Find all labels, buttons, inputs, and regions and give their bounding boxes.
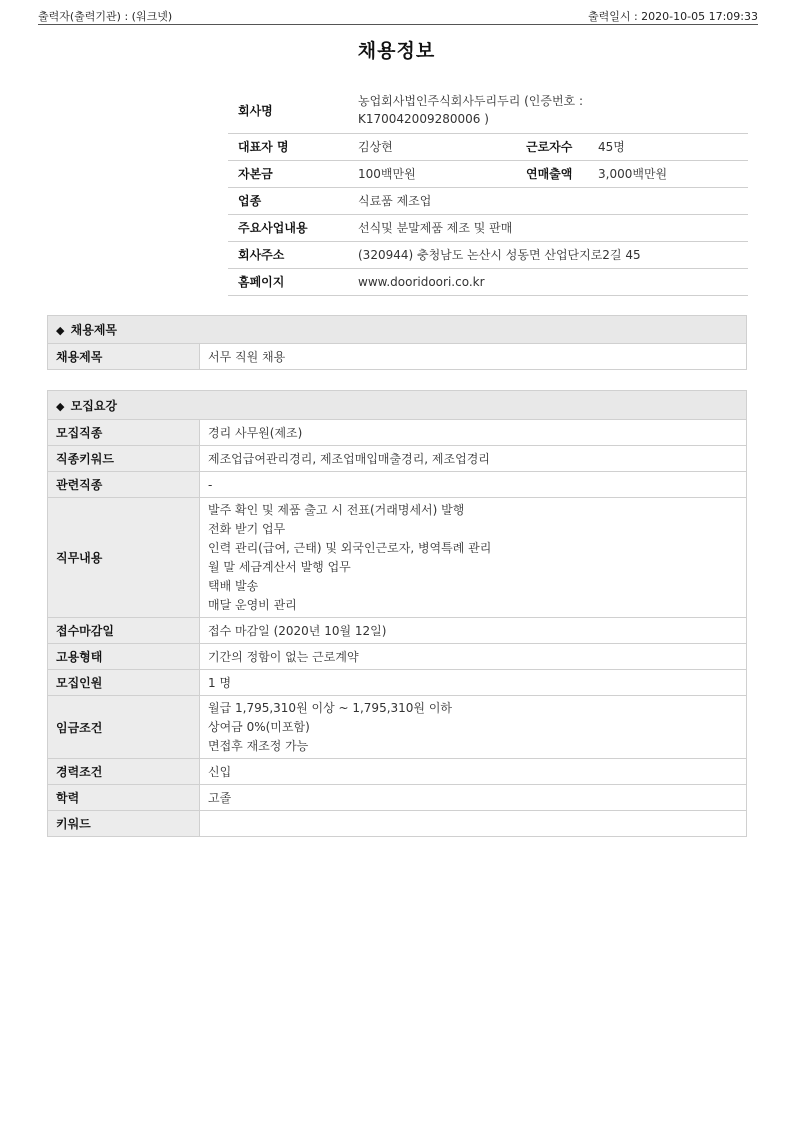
row-label: 직종키워드	[48, 446, 200, 472]
print-header: 출력자(출력기관) : (워크넷) 출력일시 : 2020-10-05 17:0…	[38, 6, 758, 25]
row-label: 경력조건	[48, 759, 200, 785]
label-sales: 연매출액	[526, 160, 598, 187]
row-label: 접수마감일	[48, 618, 200, 644]
table-row: 접수마감일 접수 마감일 (2020년 10월 12일)	[48, 618, 747, 644]
requirements-section: ◆ 모집요강 모집직종 경리 사무원(제조) 직종키워드 제조업급여관리경리, …	[47, 390, 747, 837]
print-datetime: 출력일시 : 2020-10-05 17:09:33	[588, 8, 758, 24]
table-row: 고용형태 기간의 정함이 없는 근로계약	[48, 644, 747, 670]
row-value: 고졸	[200, 785, 747, 811]
row-value	[200, 811, 747, 837]
job-line: 월 말 세금계산서 발행 업무	[208, 558, 738, 577]
row-value: 신입	[200, 759, 747, 785]
row-label: 모집인원	[48, 670, 200, 696]
company-name-value: 농업회사법인주식회사두리두리 (인증번호 : K170042009280006 …	[358, 88, 748, 133]
label-address: 회사주소	[228, 241, 358, 268]
row-value: 접수 마감일 (2020년 10월 12일)	[200, 618, 747, 644]
row-value: 제조업급여관리경리, 제조업매입매출경리, 제조업경리	[200, 446, 747, 472]
industry-value: 식료품 제조업	[358, 187, 748, 214]
company-info-table: 회사명 농업회사법인주식회사두리두리 (인증번호 : K170042009280…	[228, 88, 748, 296]
row-value: 기간의 정함이 없는 근로계약	[200, 644, 747, 670]
label-business: 주요사업내용	[228, 214, 358, 241]
table-row: 직종키워드 제조업급여관리경리, 제조업매입매출경리, 제조업경리	[48, 446, 747, 472]
section-heading-text: 모집요강	[71, 399, 117, 413]
table-row: 채용제목 서무 직원 채용	[48, 344, 747, 370]
printer-info: 출력자(출력기관) : (워크넷)	[38, 8, 172, 24]
company-row-ceo: 대표자 명 김상현 근로자수 45명	[228, 133, 748, 160]
table-row: 모집인원 1 명	[48, 670, 747, 696]
company-row-address: 회사주소 (320944) 충청남도 논산시 성동면 산업단지로2길 45	[228, 241, 748, 268]
row-label: 직무내용	[48, 498, 200, 618]
row-label: 고용형태	[48, 644, 200, 670]
row-label: 채용제목	[48, 344, 200, 370]
job-line: 매달 운영비 관리	[208, 596, 738, 615]
company-row-business: 주요사업내용 선식및 분말제품 제조 및 판매	[228, 214, 748, 241]
wage-value: 월급 1,795,310원 이상 ~ 1,795,310원 이하 상여금 0%(…	[200, 696, 747, 759]
row-label: 모집직종	[48, 420, 200, 446]
section-heading: ◆ 채용제목	[48, 316, 747, 344]
diamond-icon: ◆	[56, 400, 64, 413]
employees-value: 45명	[598, 133, 748, 160]
company-row-capital: 자본금 100백만원 연매출액 3,000백만원	[228, 160, 748, 187]
job-line: 인력 관리(급여, 근태) 및 외국인근로자, 병역특례 관리	[208, 539, 738, 558]
row-value: 1 명	[200, 670, 747, 696]
job-line: 발주 확인 및 제품 출고 시 전표(거래명세서) 발행	[208, 501, 738, 520]
job-line: 택배 발송	[208, 577, 738, 596]
section-heading: ◆ 모집요강	[48, 391, 747, 420]
table-row: 관련직종 -	[48, 472, 747, 498]
ceo-value: 김상현	[358, 133, 526, 160]
capital-value: 100백만원	[358, 160, 526, 187]
table-row: 학력 고졸	[48, 785, 747, 811]
table-row: 직무내용 발주 확인 및 제품 출고 시 전표(거래명세서) 발행 전화 받기 …	[48, 498, 747, 618]
homepage-link[interactable]: www.dooridoori.co.kr	[358, 268, 748, 295]
table-row: 키워드	[48, 811, 747, 837]
company-row-homepage: 홈페이지 www.dooridoori.co.kr	[228, 268, 748, 295]
wage-line: 상여금 0%(미포함)	[208, 718, 738, 737]
label-company-name: 회사명	[228, 88, 358, 133]
row-value: 서무 직원 채용	[200, 344, 747, 370]
company-name-line1: 농업회사법인주식회사두리두리 (인증번호 :	[358, 92, 748, 110]
recruit-title-section: ◆ 채용제목 채용제목 서무 직원 채용	[47, 315, 747, 370]
table-row: 모집직종 경리 사무원(제조)	[48, 420, 747, 446]
row-label: 키워드	[48, 811, 200, 837]
table-row: 경력조건 신입	[48, 759, 747, 785]
wage-line: 월급 1,795,310원 이상 ~ 1,795,310원 이하	[208, 699, 738, 718]
label-industry: 업종	[228, 187, 358, 214]
row-value: -	[200, 472, 747, 498]
label-capital: 자본금	[228, 160, 358, 187]
label-homepage: 홈페이지	[228, 268, 358, 295]
company-name-line2: K170042009280006 )	[358, 110, 748, 128]
business-value: 선식및 분말제품 제조 및 판매	[358, 214, 748, 241]
job-description-value: 발주 확인 및 제품 출고 시 전표(거래명세서) 발행 전화 받기 업무 인력…	[200, 498, 747, 618]
table-row: 임금조건 월급 1,795,310원 이상 ~ 1,795,310원 이하 상여…	[48, 696, 747, 759]
section-heading-text: 채용제목	[71, 323, 117, 337]
sales-value: 3,000백만원	[598, 160, 748, 187]
job-line: 전화 받기 업무	[208, 520, 738, 539]
page-title: 채용정보	[0, 36, 793, 63]
company-row-name: 회사명 농업회사법인주식회사두리두리 (인증번호 : K170042009280…	[228, 88, 748, 133]
row-label: 학력	[48, 785, 200, 811]
label-ceo: 대표자 명	[228, 133, 358, 160]
label-employees: 근로자수	[526, 133, 598, 160]
wage-line: 면접후 재조정 가능	[208, 737, 738, 756]
row-value: 경리 사무원(제조)	[200, 420, 747, 446]
diamond-icon: ◆	[56, 324, 64, 337]
row-label: 관련직종	[48, 472, 200, 498]
company-row-industry: 업종 식료품 제조업	[228, 187, 748, 214]
row-label: 임금조건	[48, 696, 200, 759]
address-value: (320944) 충청남도 논산시 성동면 산업단지로2길 45	[358, 241, 748, 268]
